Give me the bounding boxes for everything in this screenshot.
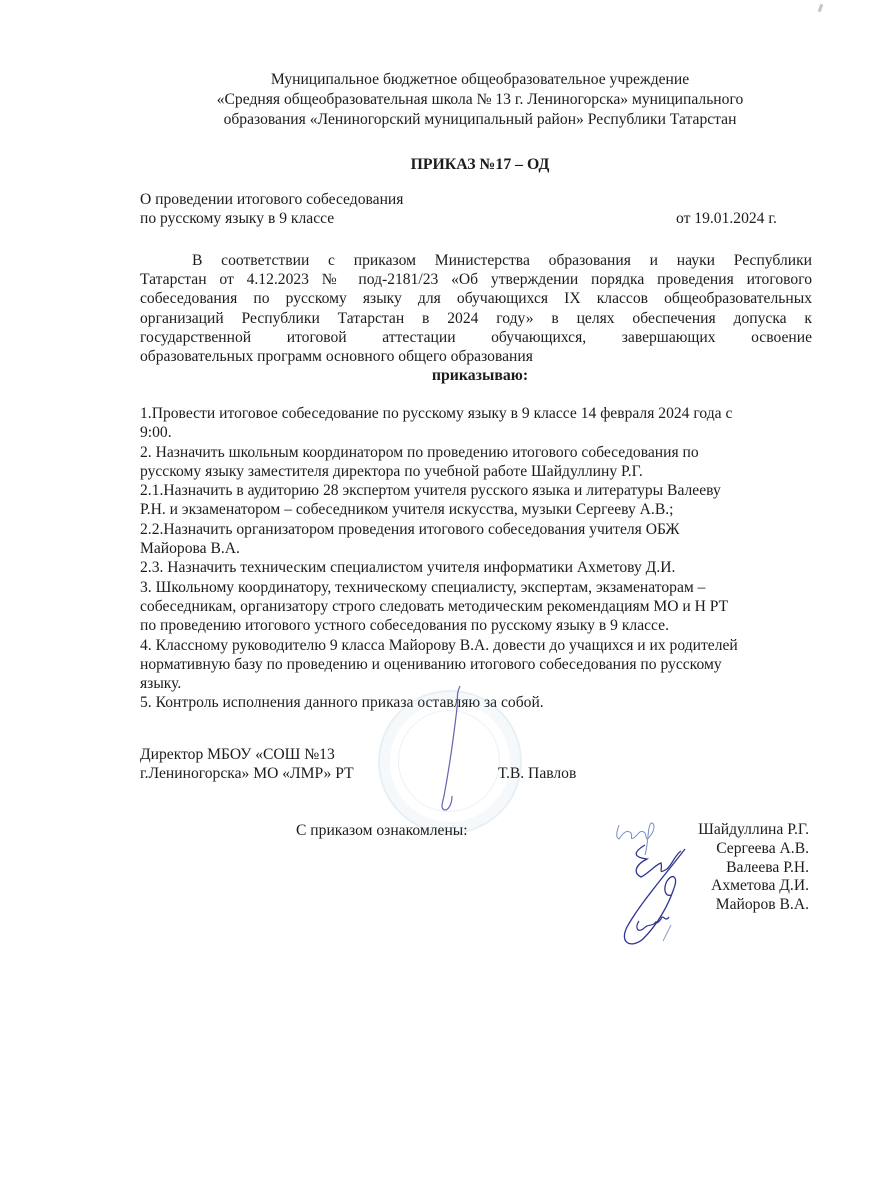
preamble-row: организаций Республики Татарстан в 2024 … [140, 309, 812, 328]
order-item-line: 2.1.Назначить в аудиторию 28 экспертом у… [140, 481, 738, 500]
director-name: Т.В. Павлов [498, 764, 576, 783]
org-line-1: Муниципальное бюджетное общеобразователь… [140, 70, 820, 90]
order-item-line: Р.Н. и экзаменатором – собеседником учит… [140, 500, 738, 519]
order-item-line: 2.3. Назначить техническим специалистом … [140, 558, 738, 577]
order-item-line: по проведению итогового устного собеседо… [140, 616, 738, 635]
director-title-line-2: г.Лениногорска» МО «ЛМР» РТ [140, 764, 354, 783]
order-item-line: собеседникам, организатору строго следов… [140, 597, 738, 616]
subject-line-2: по русскому языку в 9 классе [140, 209, 334, 228]
subject-line-1: О проведении итогового собеседования [140, 190, 403, 209]
scan-mark [818, 4, 824, 13]
preamble-row: Татарстан от 4.12.2023 № под-2181/23 «Об… [140, 270, 812, 289]
org-line-3: образования «Лениногорский муниципальный… [140, 110, 820, 130]
order-item-line: 1.Провести итоговое собеседование по рус… [140, 404, 738, 423]
order-item-line: 2. Назначить школьным координатором по п… [140, 443, 738, 462]
command-word: приказываю: [140, 366, 820, 386]
preamble-row: государственной итоговой аттестации обуч… [140, 328, 812, 347]
acknowledgement-label: С приказом ознакомлены: [296, 821, 468, 840]
preamble-paragraph: В соответствии с приказом Министерства о… [140, 251, 812, 366]
order-item-line: 3. Школьному координатору, техническому … [140, 578, 738, 597]
order-item-line: 2.2.Назначить организатором проведения и… [140, 520, 738, 539]
preamble-row: собеседования по русскому языку для обуч… [140, 289, 812, 308]
org-line-2: «Средняя общеобразовательная школа № 13 … [140, 90, 820, 110]
organization-header: Муниципальное бюджетное общеобразователь… [140, 70, 820, 130]
preamble-row: В соответствии с приказом Министерства о… [140, 251, 812, 270]
director-title-line-1: Директор МБОУ «СОШ №13 [140, 745, 335, 764]
director-signature [430, 684, 470, 814]
order-item-line: нормативную базу по проведению и оценива… [140, 655, 738, 674]
order-items: 1.Провести итоговое собеседование по рус… [140, 404, 738, 713]
order-item-line: 9:00. [140, 423, 738, 442]
order-title: ПРИКАЗ №17 – ОД [140, 155, 820, 175]
preamble-row: образовательных программ основного общег… [140, 347, 812, 366]
order-date: от 19.01.2024 г. [676, 209, 777, 228]
order-item-line: русскому языку заместителя директора по … [140, 462, 738, 481]
staff-signatures [605, 815, 715, 965]
order-item-line: 4. Классному руководителю 9 класса Майор… [140, 636, 738, 655]
order-item-line: Майорова В.А. [140, 539, 738, 558]
